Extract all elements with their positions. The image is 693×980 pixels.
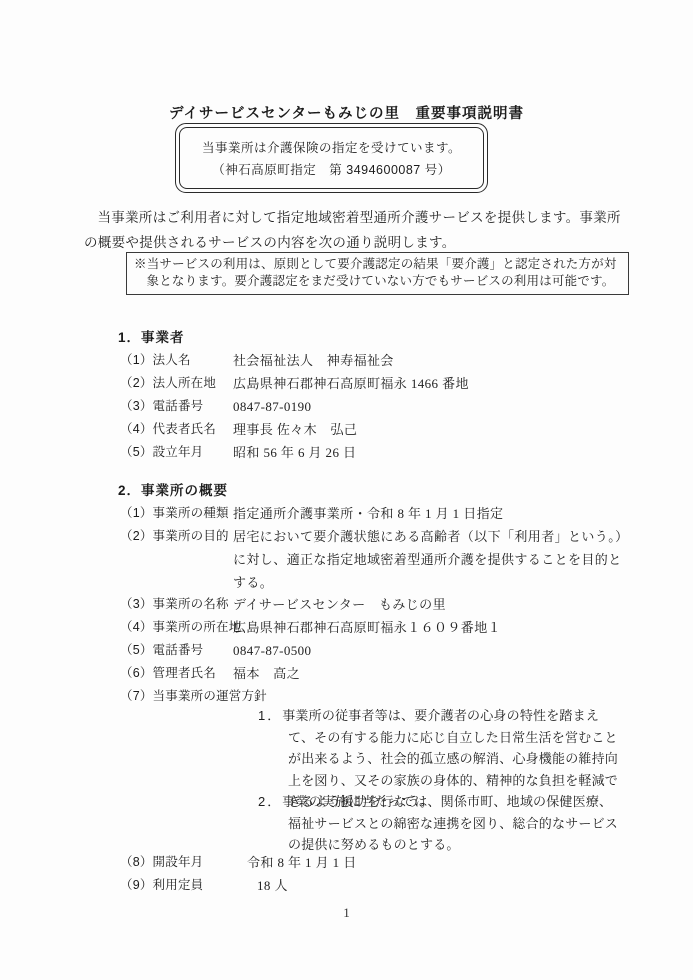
insurance-designation-box-inner: 当事業所は介護保険の指定を受けています。 （神石高原町指定 第 34946000… [179,127,484,189]
office-phone-value: 0847-87-0500 [233,639,630,662]
page-number: 1 [0,905,693,921]
opening-date-label: （8）開設年月 [120,851,233,874]
capacity-row: （9）利用定員 18 人 [120,874,630,897]
corporate-phone-label: （3）電話番号 [120,395,233,418]
operation-policy-item-2: 2．事業の実施に当たっては、関係市町、地域の保健医療、福祉サービスとの綿密な連携… [258,791,620,856]
office-purpose-label: （2）事業所の目的 [120,525,233,548]
office-type-value: 指定通所介護事業所・令和 8 年 1 月 1 日指定 [233,502,630,525]
office-purpose-value: 居宅において要介護状態にある高齢者（以下「利用者」という。）に対し、適正な指定地… [233,525,630,594]
representative-name-value: 理事長 佐々木 弘己 [233,418,630,441]
service-eligibility-note-text: ※当サービスの利用は、原則として要介護認定の結果「要介護」と認定された方が対象と… [134,256,621,290]
office-address-value: 広島県神石郡神石高原町福永１６０９番地１ [233,616,630,639]
office-name-row: （3）事業所の名称 デイサービスセンター もみじの里 [120,593,630,616]
manager-name-label: （6）管理者氏名 [120,662,233,685]
insurance-designation-box: 当事業所は介護保険の指定を受けています。 （神石高原町指定 第 34946000… [175,123,488,193]
manager-name-row: （6）管理者氏名 福本 高之 [120,662,630,685]
capacity-value: 18 人 [257,874,630,897]
intro-paragraph: 当事業所はご利用者に対して指定地域密着型通所介護サービスを提供します。事業所の概… [84,205,625,255]
document-title: デイサービスセンターもみじの里 重要事項説明書 [0,102,693,123]
representative-name-row: （4）代表者氏名 理事長 佐々木 弘己 [120,418,630,441]
office-purpose-row: （2）事業所の目的 居宅において要介護状態にある高齢者（以下「利用者」という。）… [120,525,630,594]
corporate-phone-row: （3）電話番号 0847-87-0190 [120,395,630,418]
policy-1-number: 1． [258,708,282,723]
office-address-row: （4）事業所の所在地 広島県神石郡神石高原町福永１６０９番地１ [120,616,630,639]
operation-policy-label: （7）当事業所の運営方針 [120,685,233,708]
manager-name-value: 福本 高之 [233,662,630,685]
representative-name-label: （4）代表者氏名 [120,418,233,441]
corporate-address-row: （2）法人所在地 広島県神石郡神石高原町福永 1466 番地 [120,372,630,395]
office-type-row: （1）事業所の種類 指定通所介護事業所・令和 8 年 1 月 1 日指定 [120,502,630,525]
policy-2-number: 2． [258,794,282,809]
corporate-phone-value: 0847-87-0190 [233,395,630,418]
policy-2-text: 事業の実施に当たっては、関係市町、地域の保健医療、福祉サービスとの綿密な連携を図… [282,794,618,852]
establishment-date-label: （5）設立年月 [120,441,233,464]
capacity-label: （9）利用定員 [120,874,233,897]
office-phone-row: （5）電話番号 0847-87-0500 [120,639,630,662]
corporate-name-row: （1）法人名 社会福祉法人 神寿福祉会 [120,349,630,372]
office-type-label: （1）事業所の種類 [120,502,233,525]
opening-date-row: （8）開設年月 令和 8 年 1 月 1 日 [120,851,630,874]
opening-date-value: 令和 8 年 1 月 1 日 [247,851,630,874]
section1-heading: 1．事業者 [118,326,185,346]
corporate-name-label: （1）法人名 [120,349,233,372]
establishment-date-value: 昭和 56 年 6 月 26 日 [233,441,630,464]
document-page: デイサービスセンターもみじの里 重要事項説明書 当事業所は介護保険の指定を受けて… [0,0,693,980]
designation-statement: 当事業所は介護保険の指定を受けています。 [202,138,461,156]
corporate-address-value: 広島県神石郡神石高原町福永 1466 番地 [233,372,630,395]
office-name-label: （3）事業所の名称 [120,593,233,616]
corporate-address-label: （2）法人所在地 [120,372,233,395]
office-phone-label: （5）電話番号 [120,639,233,662]
corporate-name-value: 社会福祉法人 神寿福祉会 [233,349,630,372]
office-name-value: デイサービスセンター もみじの里 [233,593,630,616]
service-eligibility-note-box: ※当サービスの利用は、原則として要介護認定の結果「要介護」と認定された方が対象と… [126,252,629,295]
section2-heading: 2．事業所の概要 [118,479,228,499]
office-address-label: （4）事業所の所在地 [120,616,233,639]
designation-number: （神石高原町指定 第 3494600087 号） [212,160,450,178]
establishment-date-row: （5）設立年月 昭和 56 年 6 月 26 日 [120,441,630,464]
